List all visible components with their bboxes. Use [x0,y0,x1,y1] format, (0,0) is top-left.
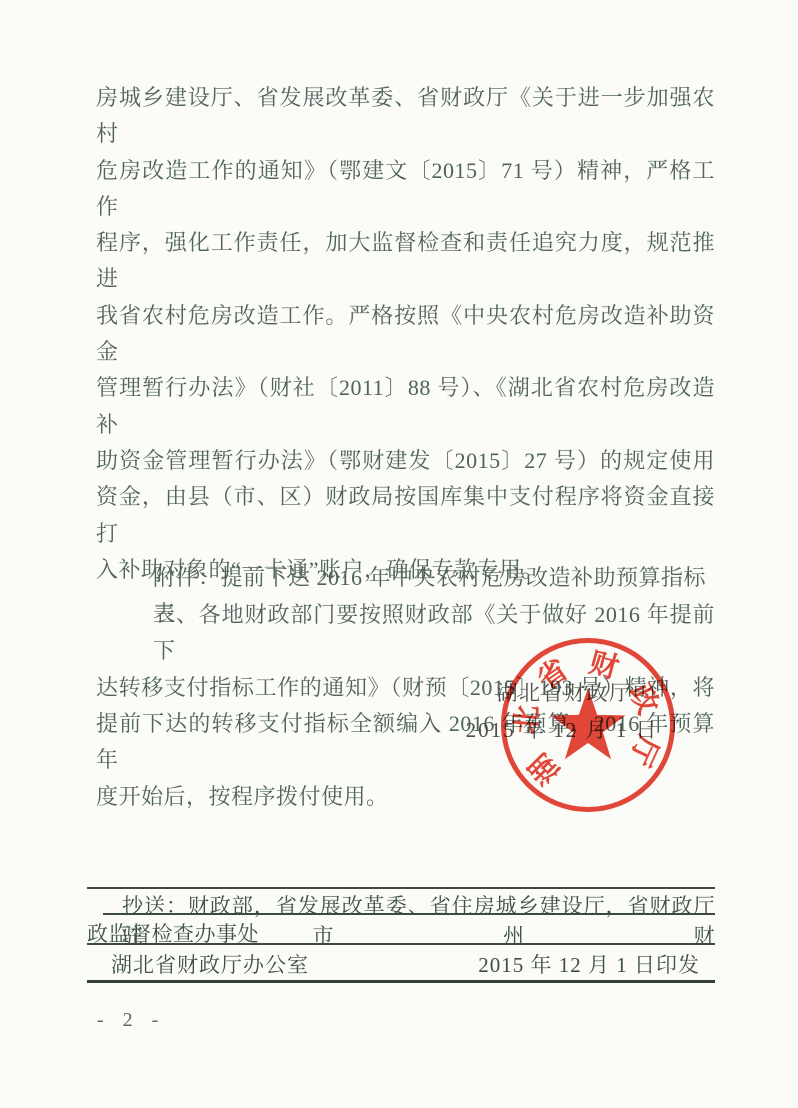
attachment-note: 附件：提前下达 2016 年中央农村危房改造补助预算指标表 [96,560,715,632]
seal-arc-char: 财 [583,645,625,687]
document-page: 房城乡建设厅、省发展改革委、省财政厅《关于进一步加强农村危房改造工作的通知》（鄂… [0,0,798,1108]
footer-underline-2 [87,943,715,945]
body-line: 管理暂行办法》（财社〔2011〕88 号）、《湖北省农村危房改造补 [96,370,715,443]
body-line: 资金，由县（市、区）财政局按国库集中支付程序将资金直接打 [96,479,715,552]
footer-top-rule [87,887,715,889]
seal-arc-char: 湖 [521,744,569,792]
page-number: - 2 - [97,1009,165,1032]
body-line: 程序，强化工作责任，加大监督检查和责任追究力度，规范推进 [96,225,715,298]
body-line: 助资金管理暂行办法》（鄂财建发〔2015〕27 号）的规定使用 [96,443,715,479]
seal-arc-char: 省 [529,651,576,698]
issuer-row: 湖北省财政厅办公室 2015 年 12 月 1 日印发 [87,949,715,979]
footer-bottom-rule [87,980,715,983]
seal-arc-char: 厅 [621,728,666,773]
seal-arc-char: 北 [509,701,546,738]
seal-arc-text: 湖北省财政厅 [487,624,689,826]
footer-underline-1 [103,913,715,915]
attachment-text: 附件：提前下达 2016 年中央农村危房改造补助预算指标表 [96,560,715,632]
print-date: 2015 年 12 月 1 日印发 [478,949,715,979]
seal-arc-char: 政 [621,677,666,722]
body-line: 危房改造工作的通知》（鄂建文〔2015〕71 号）精神，严格工作 [96,153,715,226]
body-line: 我省农村危房改造工作。严格按照《中央农村危房改造补助资金 [96,298,715,371]
paragraph-continuation: 房城乡建设厅、省发展改革委、省财政厅《关于进一步加强农村危房改造工作的通知》（鄂… [96,80,715,588]
official-seal: 湖北省财政厅 [501,638,675,812]
body-line: 房城乡建设厅、省发展改革委、省财政厅《关于进一步加强农村 [96,80,715,153]
issuing-office: 湖北省财政厅办公室 [87,949,309,979]
